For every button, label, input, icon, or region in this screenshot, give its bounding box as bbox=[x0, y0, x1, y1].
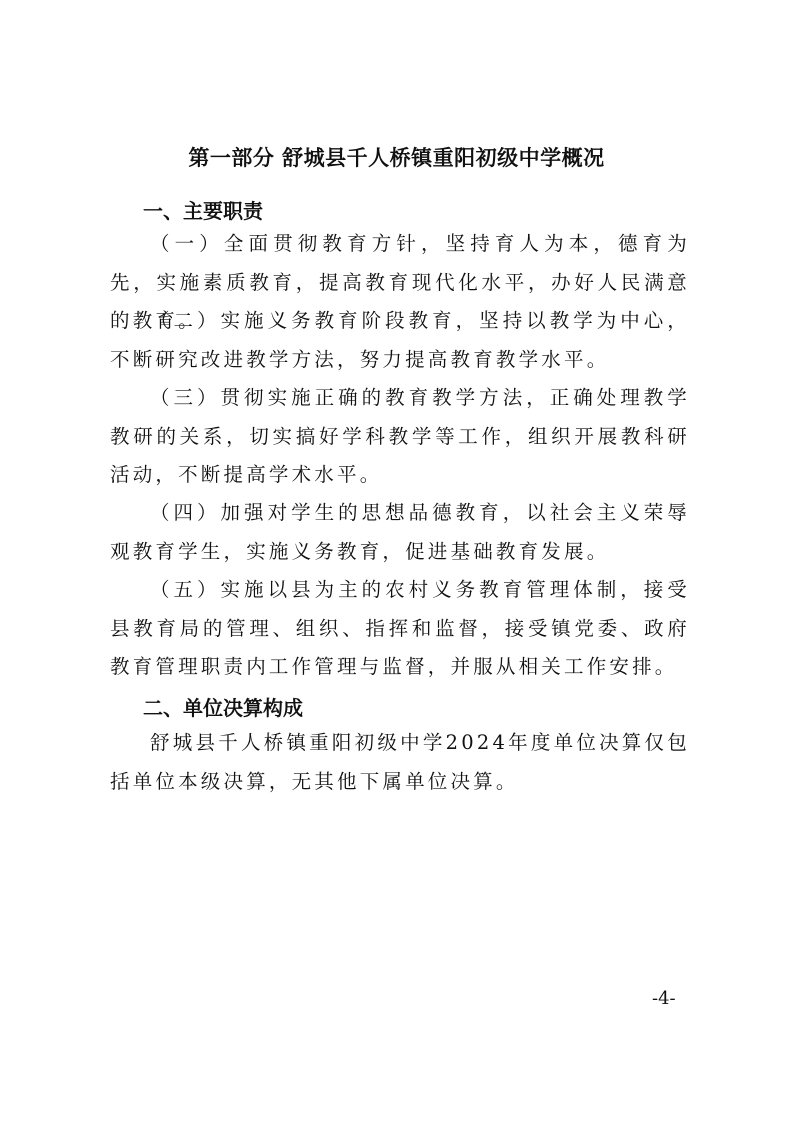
section-heading-duties: 一、主要职责 bbox=[143, 195, 263, 224]
duty-paragraph-2: （二）实施义务教育阶段教育，坚持以教学为中心，不断研究改进教学方法，努力提高教育… bbox=[110, 302, 690, 379]
duty-paragraph-5: （五）实施以县为主的农村义务教育管理体制，接受县教育局的管理、组织、指挥和监督，… bbox=[110, 571, 690, 687]
document-title: 第一部分 舒城县千人桥镇重阳初级中学概况 bbox=[0, 142, 793, 172]
page-number: -4- bbox=[652, 988, 676, 1009]
section-heading-composition: 二、单位决算构成 bbox=[143, 692, 303, 721]
duty-paragraph-4: （四）加强对学生的思想品德教育，以社会主义荣辱观教育学生，实施义务教育，促进基础… bbox=[110, 494, 690, 571]
composition-paragraph: 舒城县千人桥镇重阳初级中学2024年度单位决算仅包括单位本级决算，无其他下属单位… bbox=[110, 724, 690, 801]
duty-paragraph-3: （三）贯彻实施正确的教育教学方法，正确处理教学教研的关系，切实搞好学科教学等工作… bbox=[110, 379, 690, 495]
